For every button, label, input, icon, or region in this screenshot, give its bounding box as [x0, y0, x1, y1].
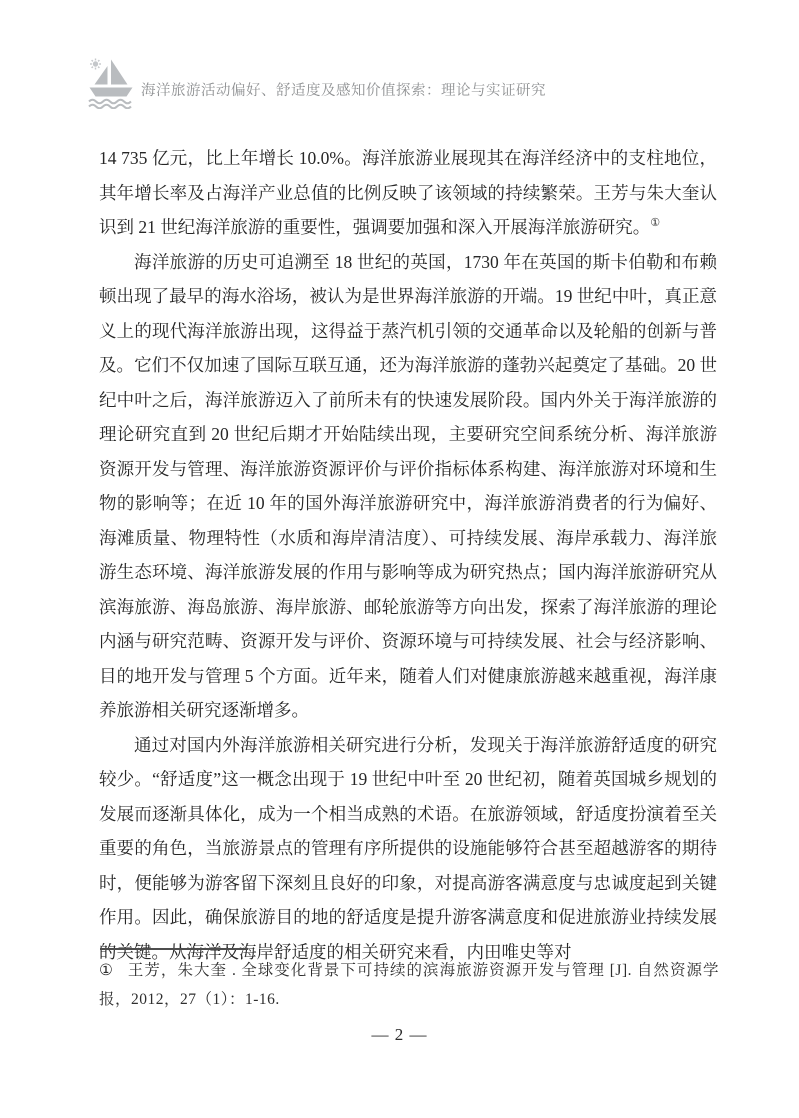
- page-body: 14 735 亿元，比上年增长 10.0%。海洋旅游业展现其在海洋经济中的支柱地…: [99, 141, 717, 969]
- footnote-divider: [100, 948, 248, 950]
- footnote-marker: ①: [99, 962, 114, 979]
- paragraph: 海洋旅游的历史可追溯至 18 世纪的英国，1730 年在英国的斯卡伯勒和布赖顿出…: [99, 245, 717, 728]
- waves-icon: [89, 100, 131, 109]
- book-page: 海洋旅游活动偏好、舒适度及感知价值探索：理论与实证研究 14 735 亿元，比上…: [0, 0, 799, 1118]
- footnote-text: 王芳，朱大奎 . 全球变化背景下可持续的滨海旅游资源开发与管理 [J]. 自然资…: [99, 962, 719, 1008]
- paragraph: 通过对国内外海洋旅游相关研究进行分析，发现关于海洋旅游舒适度的研究较少。“舒适度…: [99, 728, 717, 970]
- sun-icon: [90, 59, 101, 70]
- running-header: 海洋旅游活动偏好、舒适度及感知价值探索：理论与实证研究: [86, 56, 546, 109]
- sailboat-icon: [86, 56, 136, 109]
- paragraph-continuation: 14 735 亿元，比上年增长 10.0%。海洋旅游业展现其在海洋经济中的支柱地…: [99, 141, 717, 245]
- paragraph-text: 14 735 亿元，比上年增长 10.0%。海洋旅游业展现其在海洋经济中的支柱地…: [99, 148, 717, 237]
- running-header-title: 海洋旅游活动偏好、舒适度及感知价值探索：理论与实证研究: [141, 79, 546, 109]
- footnote-entry: ①王芳，朱大奎 . 全球变化背景下可持续的滨海旅游资源开发与管理 [J]. 自然…: [99, 956, 719, 1014]
- footnote-reference-mark: ①: [650, 217, 660, 229]
- footnote: ①王芳，朱大奎 . 全球变化背景下可持续的滨海旅游资源开发与管理 [J]. 自然…: [99, 956, 719, 1014]
- page-number: — 2 —: [0, 1025, 799, 1045]
